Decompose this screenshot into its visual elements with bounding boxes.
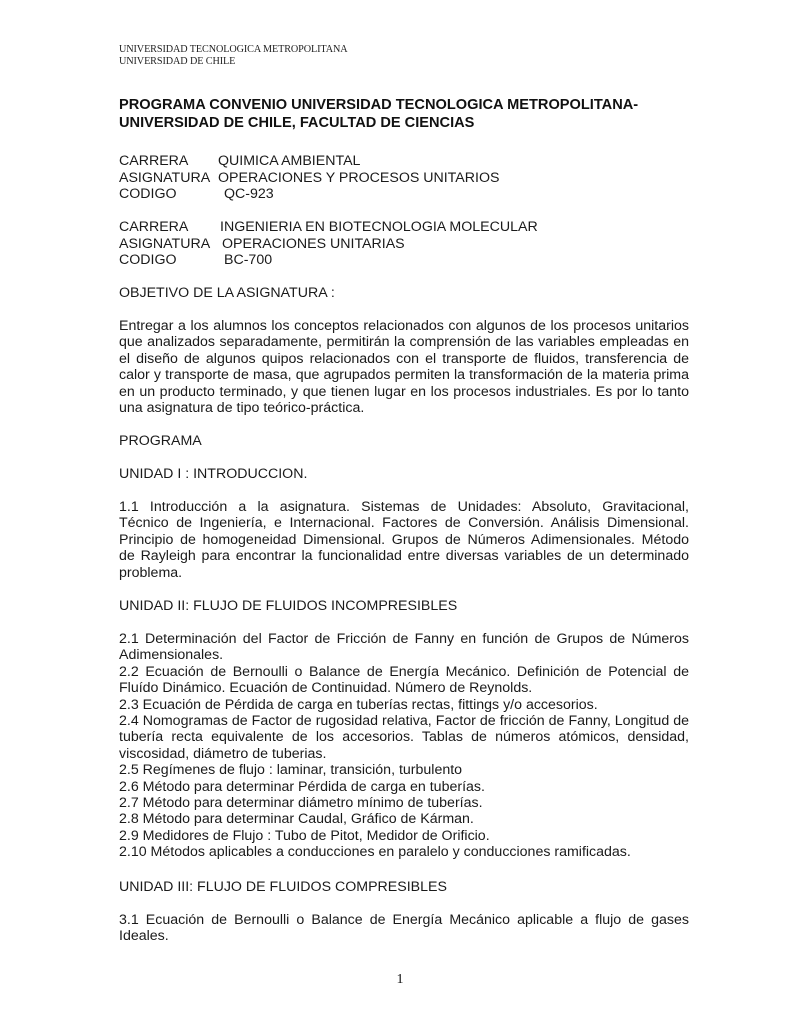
unidad1-item-1-1: 1.1 Introducción a la asignatura. Sistem… bbox=[119, 499, 689, 581]
programa-heading: PROGRAMA bbox=[119, 433, 202, 449]
unidad2-item: 2.9 Medidores de Flujo : Tubo de Pitot, … bbox=[119, 828, 689, 844]
document-title-line-1: PROGRAMA CONVENIO UNIVERSIDAD TECNOLOGIC… bbox=[119, 96, 638, 114]
program2-asignatura: ASIGNATURA OPERACIONES UNITARIAS bbox=[119, 236, 210, 252]
unidad3-item-3-1: 3.1 Ecuación de Bernoulli o Balance de E… bbox=[119, 912, 689, 945]
unidad2-item: 2.3 Ecuación de Pérdida de carga en tube… bbox=[119, 697, 689, 713]
document-title-line-2: UNIVERSIDAD DE CHILE, FACULTAD DE CIENCI… bbox=[119, 114, 474, 132]
unidad2-item: 2.7 Método para determinar diámetro míni… bbox=[119, 795, 689, 811]
asignatura-label: ASIGNATURA bbox=[119, 170, 210, 186]
unidad2-heading: UNIDAD II: FLUJO DE FLUIDOS INCOMPRESIBL… bbox=[119, 598, 457, 614]
unidad2-item: 2.5 Regímenes de flujo : laminar, transi… bbox=[119, 762, 689, 778]
objetivo-heading: OBJETIVO DE LA ASIGNATURA : bbox=[119, 285, 335, 301]
program1-asignatura: ASIGNATURA OPERACIONES Y PROCESOS UNITAR… bbox=[119, 170, 210, 186]
codigo-value: QC-923 bbox=[224, 186, 274, 202]
codigo-label: CODIGO bbox=[119, 252, 177, 268]
program2-carrera: CARRERA INGENIERIA EN BIOTECNOLOGIA MOLE… bbox=[119, 219, 188, 235]
unidad2-item: 2.4 Nomogramas de Factor de rugosidad re… bbox=[119, 713, 689, 762]
program1-codigo: CODIGO QC-923 bbox=[119, 186, 177, 202]
header-university-1: UNIVERSIDAD TECNOLOGICA METROPOLITANA bbox=[119, 44, 347, 56]
unidad2-item: 2.10 Métodos aplicables a conducciones e… bbox=[119, 844, 689, 860]
page-number: 1 bbox=[0, 972, 800, 988]
carrera-label: CARRERA bbox=[119, 219, 188, 235]
document-page: UNIVERSIDAD TECNOLOGICA METROPOLITANA UN… bbox=[0, 0, 800, 1035]
unidad2-items: 2.1 Determinación del Factor de Fricción… bbox=[119, 631, 689, 861]
program1-carrera: CARRERA QUIMICA AMBIENTAL bbox=[119, 153, 188, 169]
unidad2-item: 2.1 Determinación del Factor de Fricción… bbox=[119, 631, 689, 664]
unidad2-item: 2.6 Método para determinar Pérdida de ca… bbox=[119, 779, 689, 795]
carrera-value: QUIMICA AMBIENTAL bbox=[218, 153, 360, 169]
asignatura-value: OPERACIONES UNITARIAS bbox=[222, 236, 405, 252]
program2-codigo: CODIGO BC-700 bbox=[119, 252, 177, 268]
header-university-2: UNIVERSIDAD DE CHILE bbox=[119, 56, 235, 68]
unidad1-heading: UNIDAD I : INTRODUCCION. bbox=[119, 466, 307, 482]
carrera-label: CARRERA bbox=[119, 153, 188, 169]
objetivo-text: Entregar a los alumnos los conceptos rel… bbox=[119, 318, 689, 416]
codigo-value: BC-700 bbox=[224, 252, 272, 268]
carrera-value: INGENIERIA EN BIOTECNOLOGIA MOLECULAR bbox=[220, 219, 538, 235]
asignatura-value: OPERACIONES Y PROCESOS UNITARIOS bbox=[218, 170, 499, 186]
codigo-label: CODIGO bbox=[119, 186, 177, 202]
unidad3-heading: UNIDAD III: FLUJO DE FLUIDOS COMPRESIBLE… bbox=[119, 879, 447, 895]
unidad2-item: 2.8 Método para determinar Caudal, Gráfi… bbox=[119, 811, 689, 827]
unidad2-item: 2.2 Ecuación de Bernoulli o Balance de E… bbox=[119, 664, 689, 697]
asignatura-label: ASIGNATURA bbox=[119, 236, 210, 252]
